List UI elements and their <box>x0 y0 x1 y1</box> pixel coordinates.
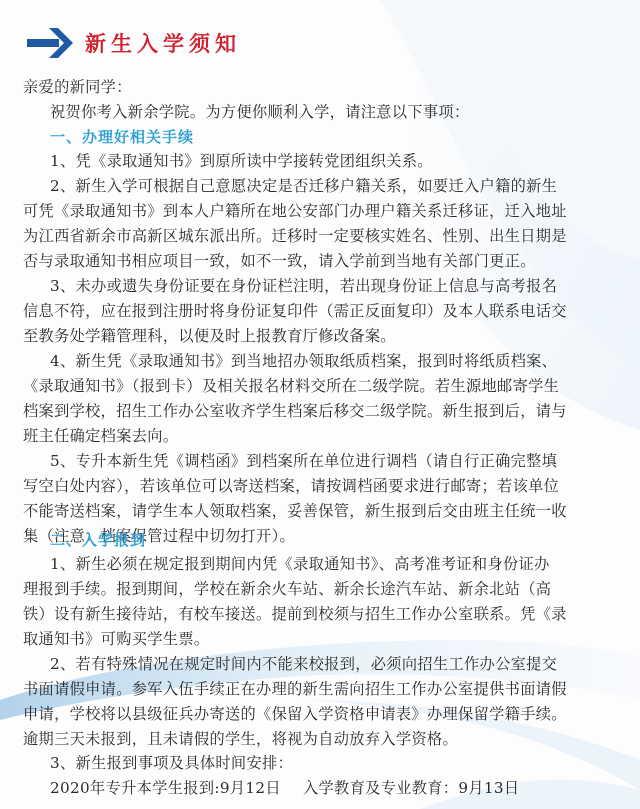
section-2-line: 3、新生报到事项及具体时间安排： <box>50 751 293 776</box>
section-1-line: 班主任确定档案去向。 <box>23 424 178 449</box>
section-heading-procedures: 一、办理好相关手续 <box>50 125 194 150</box>
section-2-line: 申请，学校将以县级征兵办寄送的《保留入学资格申请表》办理保留学籍手续。 <box>23 702 567 727</box>
section-1-line: 5、专升本新生凭《调档函》到档案所在单位进行调档（请自行正确完整填 <box>50 449 557 474</box>
page-title: 新生入学须知 <box>85 28 241 58</box>
section-1-line: 1、凭《录取通知书》到原所读中学接转党团组织关系。 <box>50 149 433 174</box>
section-heading-registration: 二、入学报到 <box>50 528 146 553</box>
section-1-line: 4、新生凭《录取通知书》到当地招办领取纸质档案，报到时将纸质档案、 <box>50 349 557 374</box>
section-1-line: 2、新生入学可根据自己意愿决定是否迁移户籍关系，如要迁入户籍的新生 <box>50 174 557 199</box>
section-2-line: 理报到手续。报到期间，学校在新余火车站、新余长途汽车站、新余北站（高 <box>23 577 551 602</box>
arrow-right-icon <box>27 28 73 58</box>
section-2-line: 逾期三天未报到，且未请假的学生，将视为自动放弃入学资格。 <box>23 727 458 752</box>
section-1-line: 否与录取通知书相应项目一致，如不一致，请入学前到当地有关部门更正。 <box>23 249 536 274</box>
section-1-line: 《录取通知书》（报到卡）及相关报名材料交所在二级学院。若生源地邮寄学生 <box>23 374 559 399</box>
section-2-line: 取通知书》可购买学生票。 <box>23 627 209 652</box>
intro-text: 祝贺你考入新余学院。为方便你顺利入学，请注意以下事项： <box>50 100 470 125</box>
section-1-line: 信息不符，应在报到注册时将身份证复印件（需正反面复印）及本人联系电话交 <box>23 299 567 324</box>
section-1-line: 档案到学校，招生工作办公室收齐学生档案后移交二级学院。新生报到后，请与 <box>23 399 567 424</box>
page-header: 新生入学须知 <box>27 22 241 64</box>
registration-date: 9月12日 <box>220 779 281 797</box>
section-2-line: 2、若有特殊情况在规定时间内不能来校报到，必须向招生工作办公室提交 <box>50 652 557 677</box>
orientation-date: 9月13日 <box>458 779 519 797</box>
section-1-line: 为江西省新余市高新区城东派出所。迁移时一定要核实姓名、性别、出生日期是 <box>23 224 567 249</box>
registration-label: 2020年专升本学生报到: <box>50 779 220 797</box>
orientation-label: 入学教育及专业教育： <box>303 779 458 797</box>
greeting: 亲爱的新同学： <box>23 75 132 100</box>
section-1-line: 至教务处学籍管理科，以便及时上报教育厅修改备案。 <box>23 324 396 349</box>
admission-notice-page: 新生入学须知 亲爱的新同学： 祝贺你考入新余学院。为方便你顺利入学，请注意以下事… <box>0 0 640 809</box>
section-1-line: 3、未办或遗失身份证要在身份证栏注明，若出现身份证上信息与高考报名 <box>50 274 557 299</box>
section-2-line: 铁）设有新生接待站，有校车接送。提前到校须与招生工作办公室联系。凭《录 <box>23 602 567 627</box>
section-2-line: 书面请假申请。参军入伍手续正在办理的新生需向招生工作办公室提供书面请假 <box>23 677 567 702</box>
section-2-line: 1、新生必须在规定报到期间内凭《录取通知书》、高考准考证和身份证办 <box>50 552 550 577</box>
section-1-line: 不能寄送档案，请学生本人领取档案，妥善保管，新生报到后交由班主任统一收 <box>23 499 567 524</box>
section-1-line: 可凭《录取通知书》到本人户籍所在地公安部门办理户籍关系迁移证，迁入地址 <box>23 199 567 224</box>
schedule-line: 2020年专升本学生报到:9月12日入学教育及专业教育：9月13日 <box>50 776 519 801</box>
section-1-line: 写空白处内容），若该单位可以寄送档案，请按调档函要求进行邮寄；若该单位 <box>23 474 559 499</box>
